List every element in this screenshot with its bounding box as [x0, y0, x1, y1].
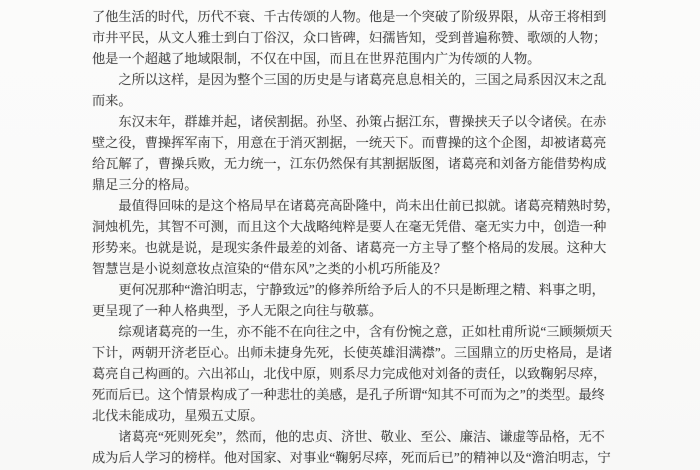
text-line: 了他生活的时代，历代不衰、千古传颂的人物。他是一个突破了阶级界限，从帝王将相到 — [92, 6, 614, 27]
text-line: 给瓦解了，曹操兵败，无力统一，江东仍然保有其割据版图，诸葛亮和刘备方能借势构成 — [92, 153, 614, 174]
text-line: 智慧岂是小说刻意妆点渲染的“借东风”之类的小机巧所能及？ — [92, 258, 614, 279]
text-line: 鼎足三分的格局。 — [92, 174, 614, 195]
text-line: 他是一个超越了地域限制，不仅在中国，而且在世界范围内广为传颂的人物。 — [92, 48, 614, 69]
text-line: 壁之役，曹操挥军南下，用意在于消灭割据，一统天下。而曹操的这个企图，却被诸葛亮 — [92, 132, 614, 153]
text-line: 更何况那种“澹泊明志，宁静致远”的修养所给予后人的不只是断理之精、料事之明， — [92, 279, 614, 300]
text-line: 最值得回味的是这个格局早在诸葛亮高卧隆中，尚未出仕前已拟就。诸葛亮精熟时势， — [92, 195, 614, 216]
text-line: 诸葛亮“死则死矣”，然而，他的忠贞、济世、敬业、至公、廉洁、谦虚等品格，无不 — [92, 426, 614, 447]
text-line: 形势来。也就是说，是现实条件最差的刘备、诸葛亮一方主导了整个格局的发展。这种大 — [92, 237, 614, 258]
scanned-document-page: 了他生活的时代，历代不衰、千古传颂的人物。他是一个突破了阶级界限，从帝王将相到市… — [0, 0, 700, 470]
text-line: 而来。 — [92, 90, 614, 111]
text-line: 死而后已。这个情景构成了一种悲壮的美感，是孔子所谓“知其不可而为之”的类型。最终 — [92, 384, 614, 405]
text-line: 葛亮自己构画的。六出祁山，北伐中原，则系尽力完成他对刘备的责任，以致鞠躬尽瘁， — [92, 363, 614, 384]
text-line: 综观诸葛亮的一生，亦不能不在向往之中，含有份惋之意，正如杜甫所说“三顾频烦天 — [92, 321, 614, 342]
text-line: 成为后人学习的榜样。他对国家、对事业“鞠躬尽瘁，死而后已”的精神以及“澹泊明志，… — [92, 447, 614, 468]
text-line: 下计，两朝开济老臣心。出师未捷身先死，长使英雄泪满襟”。三国鼎立的历史格局，是诸 — [92, 342, 614, 363]
text-line: 市井平民，从文人雅士到白丁俗汉，众口皆碑，妇孺皆知，受到普遍称赞、歌颂的人物； — [92, 27, 614, 48]
text-line: 洞烛机先，其智不可测，而且这个大战略纯粹是要人在毫无凭借、毫无实力中，创造一种 — [92, 216, 614, 237]
text-line: 之所以这样，是因为整个三国的历史是与诸葛亮息息相关的，三国之局系因汉末之乱 — [92, 69, 614, 90]
text-line: 北伐未能成功，星殒五丈原。 — [92, 405, 614, 426]
text-line: 东汉末年，群雄并起，诸侯割据。孙坚、孙策占据江东，曹操挟天子以令诸侯。在赤 — [92, 111, 614, 132]
text-line: 更呈现了一种人格典型，予人无限之向往与敬慕。 — [92, 300, 614, 321]
document-text-block: 了他生活的时代，历代不衰、千古传颂的人物。他是一个突破了阶级界限，从帝王将相到市… — [92, 6, 614, 468]
